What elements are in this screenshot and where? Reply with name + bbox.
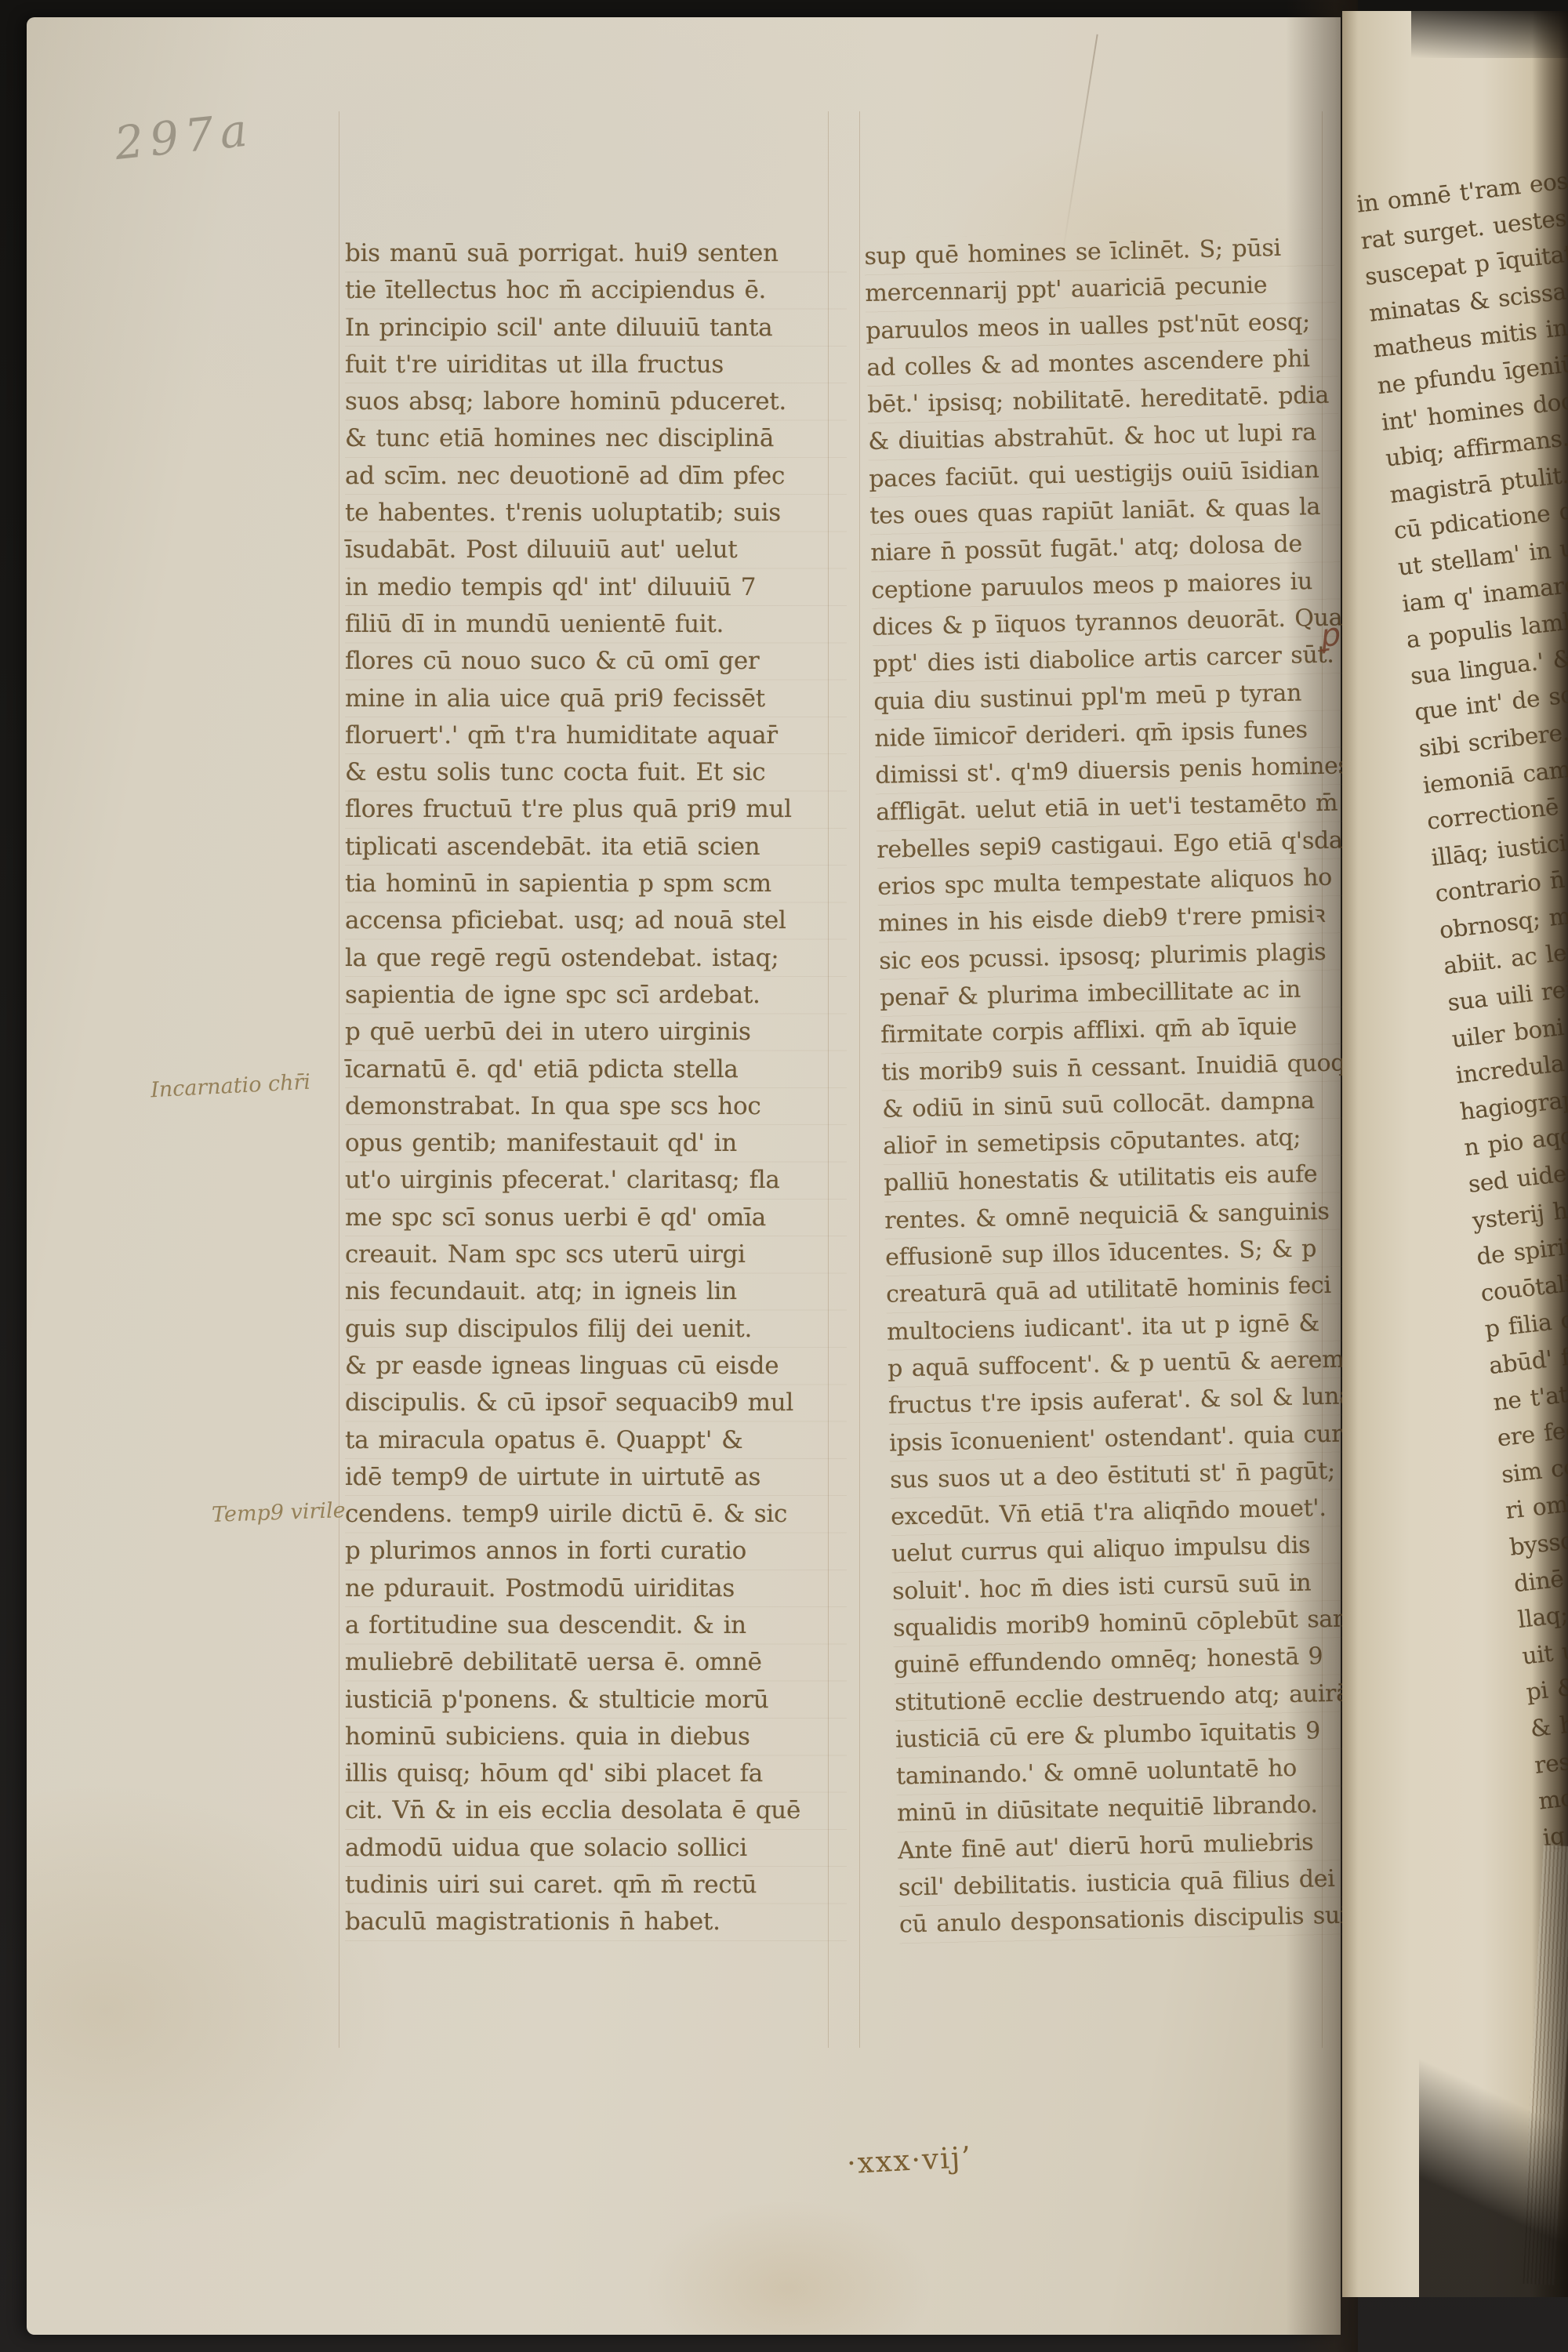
text-line: tudinis uiri sui caret. qm̄ m̄ rectū	[345, 1867, 847, 1904]
text-line: ne pdurauit. Postmodū uiriditas	[345, 1570, 847, 1607]
text-line: demonstrabat. In qua spe scs hoc	[345, 1088, 847, 1125]
text-line: accensa pficiebat. usq; ad nouā stel	[345, 902, 847, 939]
text-line: flores fructuū t're plus quā pri9 mul	[345, 791, 847, 828]
text-line: tie ītellectus hoc m̄ accipiendus ē.	[345, 272, 847, 309]
text-line: me spc scī sonus uerbi ē qd' omīa	[345, 1200, 847, 1236]
page-curve-shadow	[1532, 11, 1568, 2297]
text-line: baculū magistrationis n̄ habet.	[345, 1904, 847, 1940]
text-line: discipulis. & cū ipsor̄ sequacib9 mul	[345, 1385, 847, 1421]
text-line: iusticiā p'ponens. & stulticie morū	[345, 1682, 847, 1719]
text-line: īsudabāt. Post diluuiū aut' uelut	[345, 532, 847, 568]
marginal-note-incarnatio: Incarnatio chr̄i	[150, 1070, 310, 1103]
text-line: in medio tempis qd' int' diluuiū 7	[345, 569, 847, 606]
text-line: la que regē regū ostendebat. istaq;	[345, 940, 847, 977]
text-line: filiū dī in mundū uenientē fuit.	[345, 606, 847, 643]
text-line: guis sup discipulos filij dei uenit.	[345, 1311, 847, 1348]
parchment-crease	[1061, 34, 1098, 260]
text-line: muliebrē debilitatē uersa ē. omnē	[345, 1644, 847, 1681]
text-line: admodū uidua que solacio sollici	[345, 1830, 847, 1867]
text-line: ta miracula opatus ē. Quappt' &	[345, 1422, 847, 1459]
text-line: bis manū suā porrigat. hui9 senten	[345, 235, 847, 272]
text-line: creauit. Nam spc scs uterū uirgi	[345, 1236, 847, 1273]
text-line: sapientia de igne spc scī ardebat.	[345, 977, 847, 1014]
text-line: cendens. temp9 uirile dictū ē. & sic	[345, 1496, 847, 1533]
text-line: tiplicati ascendebāt. ita etiā scien	[345, 829, 847, 866]
text-line: hominū subiciens. quia in diebus	[345, 1719, 847, 1755]
text-line: nis fecundauit. atq; in igneis lin	[345, 1273, 847, 1310]
text-line: idē temp9 de uirtute in uirtutē as	[345, 1459, 847, 1496]
photo-background: 297a bis manū suā porrigat. hui9 sentent…	[0, 0, 1568, 2352]
ruling-line	[859, 111, 860, 2048]
text-line: fuit t're uiriditas ut illa fructus	[345, 347, 847, 383]
text-line: & pr easde igneas linguas cū eisde	[345, 1348, 847, 1385]
text-line: & tunc etiā homines nec disciplinā	[345, 420, 847, 457]
text-line: a fortitudine sua descendit. & in	[345, 1607, 847, 1644]
top-corner-shadow	[1411, 11, 1568, 58]
ruling-line	[339, 111, 339, 2048]
text-line: In principio scil' ante diluuiū tanta	[345, 310, 847, 347]
text-line: illis quisq; hōum qd' sibi placet fa	[345, 1755, 847, 1792]
text-line: cit. Vn̄ & in eis ecclia desolata ē quē	[345, 1792, 847, 1829]
marginal-note-tempus-virile: Temp9 virile	[212, 1498, 347, 1527]
text-line: p quē uerbū dei in utero uirginis	[345, 1014, 847, 1051]
manuscript-left-page: 297a bis manū suā porrigat. hui9 sentent…	[27, 17, 1341, 2335]
manuscript-right-page-edge: in omnē t'ram eos mittendo cōmrat surget…	[1342, 11, 1568, 2297]
text-line: floruert'.' qm̄ t'ra humiditate aquar̄	[345, 717, 847, 754]
text-line: p plurimos annos in forti curatio	[345, 1533, 847, 1570]
text-line: īcarnatū ē. qd' etiā pdicta stella	[345, 1051, 847, 1088]
text-line: ut'o uirginis pfecerat.' claritasq; fla	[345, 1162, 847, 1199]
text-column-left: bis manū suā porrigat. hui9 sententie īt…	[345, 235, 847, 1941]
text-line: & estu solis tunc cocta fuit. Et sic	[345, 754, 847, 791]
text-line: tia hominū in sapientia p spm scm	[345, 866, 847, 902]
quire-signature: ·xxx·vij’	[846, 2140, 973, 2180]
text-line: flores cū nouo suco & cū omī ger	[345, 643, 847, 680]
text-line: opus gentib; manifestauit qd' in	[345, 1125, 847, 1162]
text-line: ad scīm. nec deuotionē ad dīm pfec	[345, 458, 847, 495]
folio-number: 297a	[112, 103, 256, 170]
text-line: suos absq; labore hominū pduceret.	[345, 383, 847, 420]
bottom-corner-shadow	[1419, 1968, 1568, 2297]
text-line: te habentes. t'renis uoluptatib; suis	[345, 495, 847, 532]
text-line: mine in alia uice quā pri9 fecissēt	[345, 681, 847, 717]
